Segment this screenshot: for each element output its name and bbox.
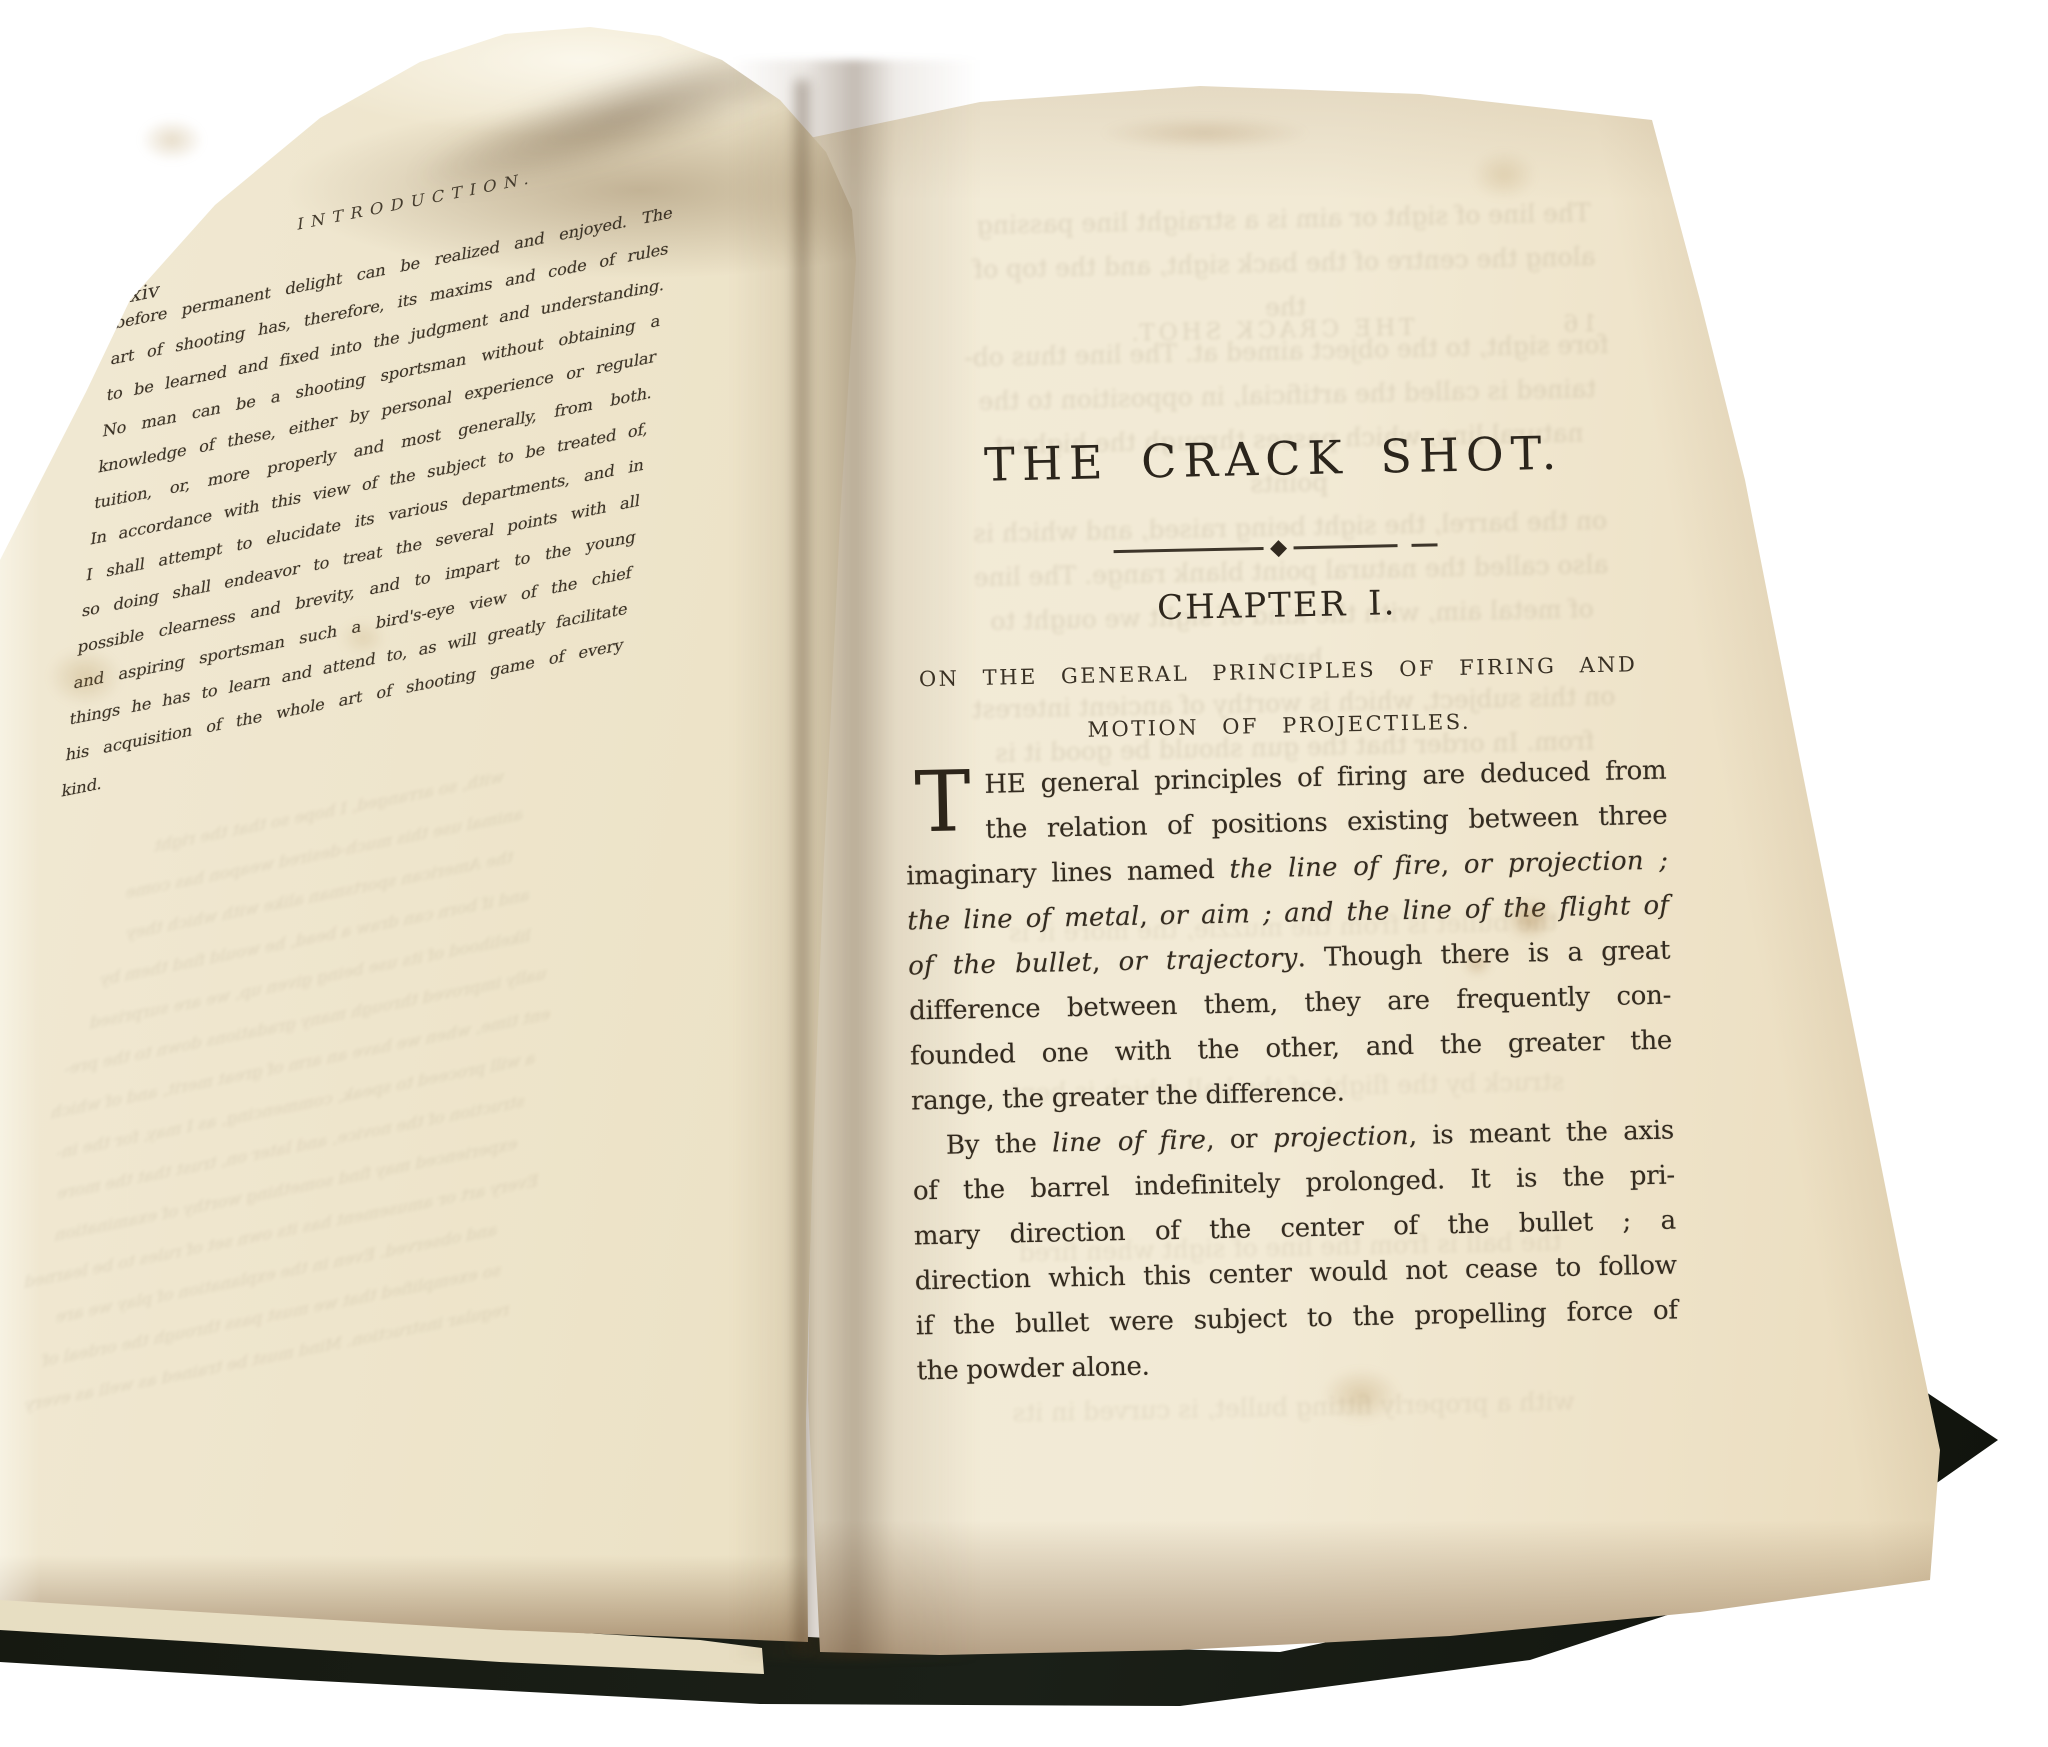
bleedthrough-page-number: 16 (1559, 311, 1597, 338)
bleedthrough-running-head: 16 THE CRACK SHOT. (881, 310, 1662, 360)
divider-rule-right (1294, 544, 1398, 549)
body-text: T HE general principles of firing are de… (890, 749, 1679, 1395)
bleedthrough-line: The line of sight or aim is a straight l… (948, 190, 1619, 248)
bleedthrough-line: ually improved through many gradations d… (0, 940, 615, 1104)
bleedthrough-line: tained is called the artificial, in oppo… (952, 366, 1623, 424)
bleedthrough-line: regular instruction. Mind must be traine… (0, 1276, 576, 1440)
paragraph-2: By the line of fire, or projection, is m… (912, 1109, 1679, 1395)
bleedthrough-line: ent time, when we have an arm of great m… (0, 982, 610, 1146)
paragraph-1: T HE general principles of firing are de… (904, 749, 1673, 1125)
bleedthrough-line: likelihood of its use being given up, we… (1, 898, 620, 1062)
bleedthrough-line: so exemplified that we must pass through… (0, 1234, 581, 1398)
book-photo: The line of sight or aim is a straight l… (0, 0, 2048, 1747)
drop-cap: T (914, 759, 972, 844)
bleedthrough-line: the American sportsman alike with which … (10, 814, 629, 978)
right-page-content: The line of sight or aim is a straight l… (876, 80, 1683, 1395)
chapter-heading: CHAPTER I. (886, 575, 1667, 637)
divider-rule-left (1114, 547, 1264, 553)
bleedthrough-line: struction of the novice, and later on, t… (0, 1066, 600, 1230)
book-title: THE CRACK SHOT. (883, 420, 1664, 498)
bleedthrough-line: and if born can draw a bead, he would fi… (6, 856, 625, 1020)
bleedthrough-line: a will proceed to speak, commencing, as … (0, 1024, 605, 1188)
bleedthrough-line: Every art or amusement has its own set o… (0, 1150, 591, 1314)
foxing-stain (140, 118, 204, 162)
bleedthrough-line: fore sight, to the object aimed at. The … (951, 322, 1622, 380)
diamond-ornament-icon (1270, 540, 1287, 557)
bleedthrough-line: along the centre of the back sight, and … (949, 234, 1621, 336)
bleedthrough-text: with, so arranged, I hope so that the ri… (0, 730, 639, 1440)
bleedthrough-head-title: THE CRACK SHOT. (881, 310, 1661, 352)
divider-rule-end (1412, 544, 1438, 547)
chapter-subtitle: ON THE GENERAL PRINCIPLES OF FIRING AND … (888, 637, 1670, 761)
bleedthrough-line: and observed. Even in the explanation of… (0, 1192, 586, 1356)
bleedthrough-line: experienced may find something worthy of… (0, 1108, 596, 1272)
title-divider (1095, 538, 1455, 559)
left-page-content: INTRODUCTION. xiv before permanent delig… (0, 84, 742, 1626)
